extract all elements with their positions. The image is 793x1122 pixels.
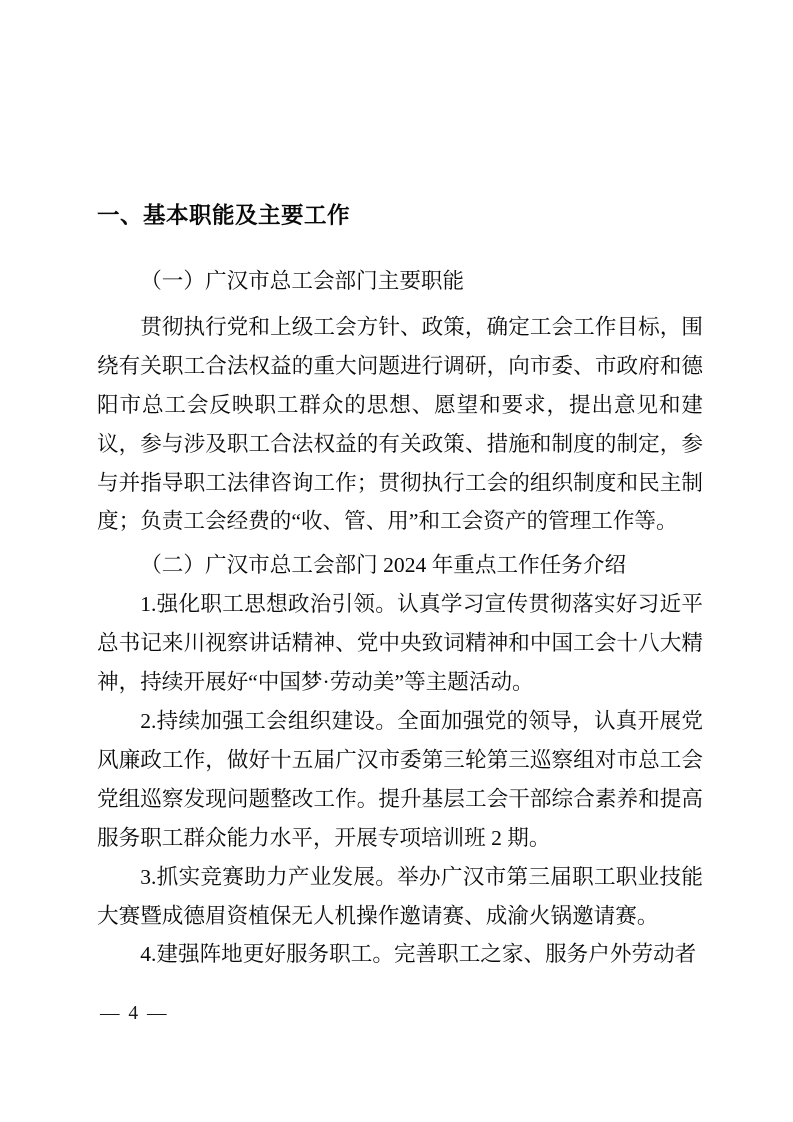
task-item-2: 2.持续加强工会组织建设。全面加强党的领导，认真开展党风廉政工作，做好十五届广汉… [97, 702, 703, 858]
section-heading: 一、基本职能及主要工作 [97, 196, 703, 235]
task-item-1: 1.强化职工思想政治引领。认真学习宣传贯彻落实好习近平总书记来川视察讲话精神、党… [97, 585, 703, 702]
paragraph-main-duties: 贯彻执行党和上级工会方针、政策，确定工会工作目标，围绕有关职工合法权益的重大问题… [97, 308, 703, 541]
task-item-3: 3.抓实竞赛助力产业发展。举办广汉市第三届职工职业技能大赛暨成德眉资植保无人机操… [97, 858, 703, 936]
document-body: 一、基本职能及主要工作 （一）广汉市总工会部门主要职能 贯彻执行党和上级工会方针… [97, 196, 703, 974]
task-item-4: 4.建强阵地更好服务职工。完善职工之家、服务户外劳动者 [97, 935, 703, 974]
document-page: 一、基本职能及主要工作 （一）广汉市总工会部门主要职能 贯彻执行党和上级工会方针… [0, 0, 793, 1122]
subsection-heading-main-duties: （一）广汉市总工会部门主要职能 [97, 262, 703, 301]
page-number: — 4 — [100, 1002, 169, 1026]
subsection-heading-2024-tasks: （二）广汉市总工会部门 2024 年重点工作任务介绍 [97, 546, 703, 585]
